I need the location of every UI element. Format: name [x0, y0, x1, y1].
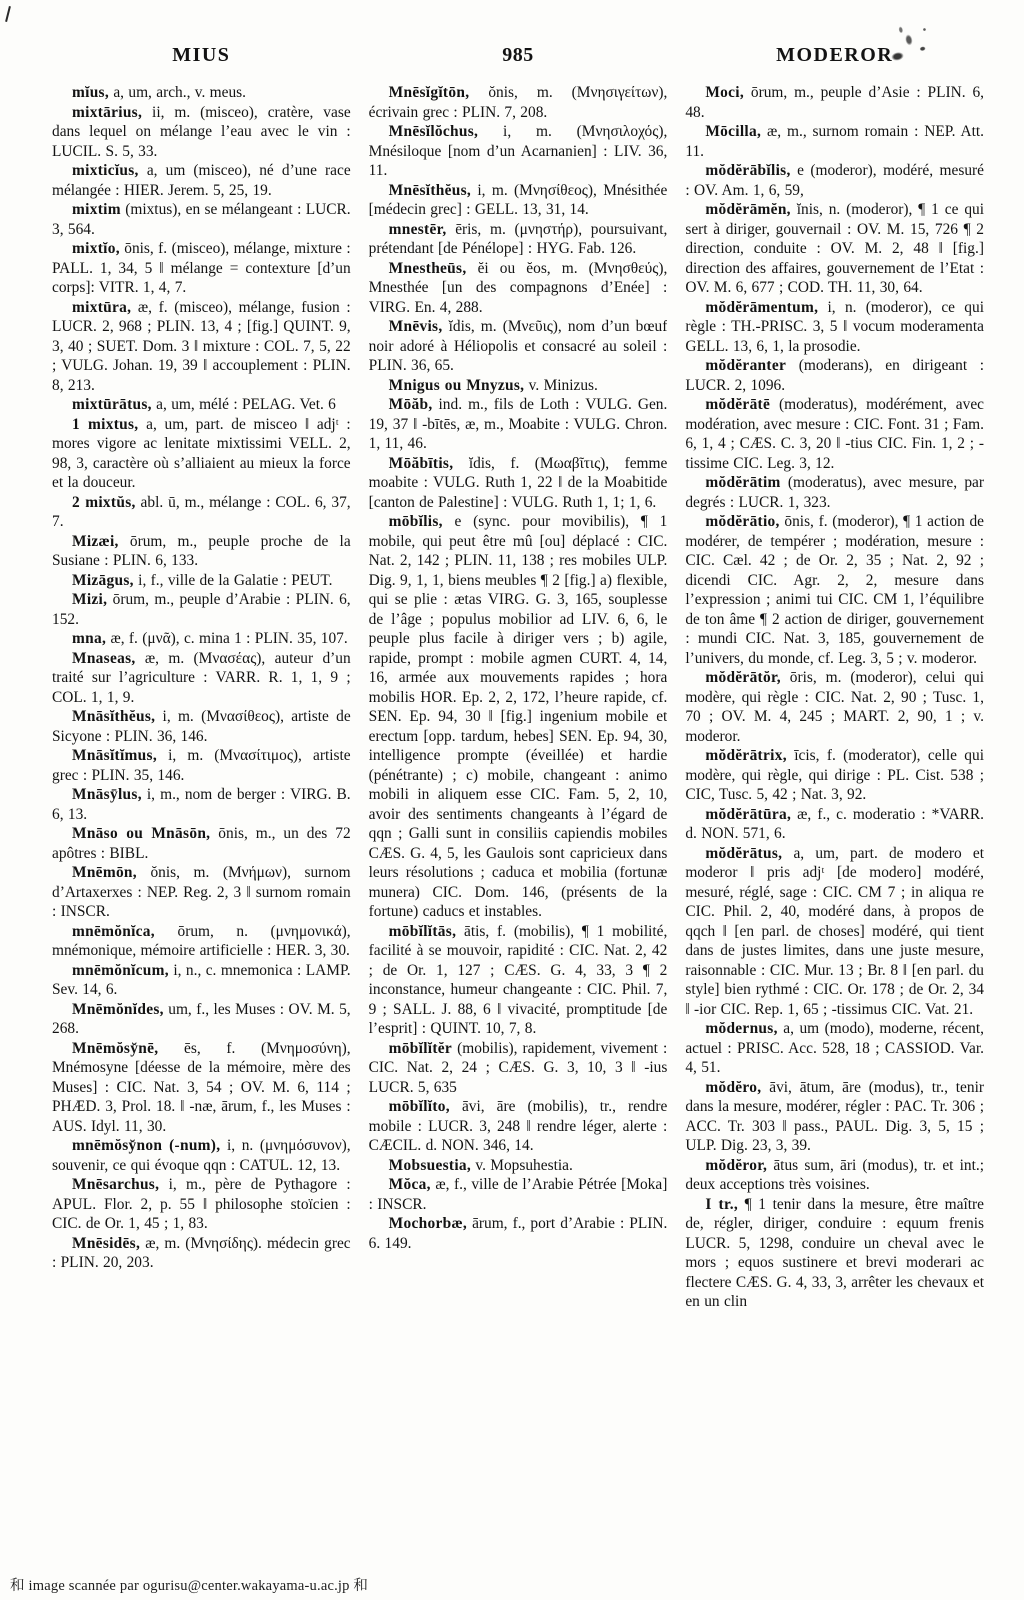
dictionary-entry: Mnāso ou Mnāsōn, ōnis, m., un des 72 apô…	[52, 824, 351, 863]
entry-headword: Mnaseas,	[72, 650, 136, 667]
running-head-right: MODEROR	[776, 44, 893, 66]
entry-headword: mixtim	[72, 201, 121, 218]
entry-headword: Mnēmōn,	[72, 864, 137, 881]
dictionary-entry: Mizæi, ōrum, m., peuple proche de la Sus…	[52, 532, 351, 571]
running-head-row: MIUS 985 MODEROR	[52, 44, 984, 67]
entry-headword: Mnāsĭtĭmus,	[72, 747, 157, 764]
entry-headword: mŏdĕrātrix,	[705, 747, 787, 764]
entry-headword: mŏdĕrābĭlis,	[705, 162, 790, 179]
entry-headword: mŏdĕrātus,	[705, 845, 782, 862]
entry-headword: Mnēvis,	[389, 318, 443, 335]
entry-body: i, f., ville de la Galatie : PEUT.	[134, 572, 333, 589]
dictionary-entry: Mnēsĭthĕus, i, m. (Μνησίθεος), Mnésithée…	[369, 181, 668, 220]
dictionary-entry: mixtūrātus, a, um, mélé : PELAG. Vet. 6	[52, 395, 351, 415]
dictionary-entry: Mōăb, ind. m., fils de Loth : VULG. Gen.…	[369, 395, 668, 454]
dictionary-entry: Mnestheūs, ĕi ou ĕos, m. (Μνησθεύς), Mne…	[369, 259, 668, 318]
text-columns: mĭus, a, um, arch., v. meus.mixtārius, i…	[52, 83, 984, 1535]
dictionary-entry: mixtĭo, ōnis, f. (misceo), mélange, mixt…	[52, 239, 351, 298]
dictionary-entry: mŏdĕrātim (moderatus), avec mesure, par …	[685, 473, 984, 512]
dictionary-entry: mnestēr, ēris, m. (μνηστήρ), poursuivant…	[369, 220, 668, 259]
dictionary-entry: mōbĭlĭtĕr (mobilis), rapidement, vivemen…	[369, 1039, 668, 1098]
running-head-left: MIUS	[52, 44, 351, 67]
entry-headword: Mnestheūs,	[389, 260, 467, 277]
entry-body: æ, f. (μνᾶ), c. mina 1 : PLIN. 35, 107.	[106, 630, 348, 647]
entry-headword: Mobsuestia,	[389, 1157, 471, 1174]
dictionary-entry: mixticĭus, a, um (misceo), né d’une race…	[52, 161, 351, 200]
dictionary-entry: mōbĭlis, e (sync. pour movibilis), ¶ 1 m…	[369, 512, 668, 922]
entry-body: v. Mopsuhestia.	[471, 1157, 573, 1174]
entry-headword: Mōăbītis,	[389, 455, 454, 472]
entry-headword: mixtūrātus,	[72, 396, 152, 413]
entry-headword: Moci,	[705, 84, 744, 101]
entry-headword: Mnēsidēs,	[72, 1235, 140, 1252]
entry-headword: mŏdĕrātūra,	[705, 806, 791, 823]
dictionary-entry: Mōăbītis, ĭdis, f. (Μωαβῖτις), femme moa…	[369, 454, 668, 513]
dictionary-entry: mixtārius, ii, m. (misceo), cratère, vas…	[52, 103, 351, 162]
dictionary-entry: mixtūra, æ, f. (misceo), mélange, fusion…	[52, 298, 351, 396]
dictionary-entry: Mobsuestia, v. Mopsuhestia.	[369, 1156, 668, 1176]
dictionary-entry: Mnaseas, æ, m. (Μνασέας), auteur d’un tr…	[52, 649, 351, 708]
entry-headword: mŏdĕrātio,	[705, 513, 779, 530]
dictionary-entry: mŏdĕrātē (moderatus), modérément, avec m…	[685, 395, 984, 473]
running-head-right-wrap: MODEROR	[685, 44, 984, 67]
dictionary-entry: mnēmŏsy̆non (-num), i, n. (μνημόσυνον), …	[52, 1136, 351, 1175]
entry-headword: Mōăb,	[389, 396, 433, 413]
dictionary-entry: Mŏca, æ, f., ville de l’Arabie Pétrée [M…	[369, 1175, 668, 1214]
entry-headword: mĭus,	[72, 84, 109, 101]
entry-headword: Mnēsarchus,	[72, 1176, 159, 1193]
text-column-left: mĭus, a, um, arch., v. meus.mixtārius, i…	[52, 83, 351, 1535]
entry-headword: mŏdĕror,	[705, 1157, 767, 1174]
entry-headword: Mnēmŏnĭdes,	[72, 1001, 164, 1018]
entry-headword: I tr.,	[705, 1196, 738, 1213]
dictionary-entry: Mnēmŏnĭdes, um, f., les Muses : OV. M. 5…	[52, 1000, 351, 1039]
dictionary-entry: Mnēmŏsy̆nē, ēs, f. (Μνημοσύνη), Mnémosyn…	[52, 1039, 351, 1137]
dictionary-entry: Mnēsĭgĭtōn, ŏnis, m. (Μνησιγείτων), écri…	[369, 83, 668, 122]
entry-body: a, um, part. de modero et moderor ‖ pris…	[685, 845, 984, 1018]
entry-headword: 2 mixtŭs,	[72, 494, 136, 511]
entry-headword: Mnēsĭgĭtōn,	[389, 84, 470, 101]
text-column-center: Mnēsĭgĭtōn, ŏnis, m. (Μνησιγείτων), écri…	[369, 83, 668, 1535]
entry-body: v. Minizus.	[524, 377, 598, 394]
entry-headword: mna,	[72, 630, 106, 647]
entry-headword: mŏdĕrāmentum,	[705, 299, 818, 316]
entry-headword: Mochorbæ,	[389, 1215, 467, 1232]
dictionary-entry: mŏdĕrāmentum, i, n. (moderor), ce qui rè…	[685, 298, 984, 357]
entry-headword: mnēmŏnĭcum,	[72, 962, 169, 979]
text-column-right: Moci, ōrum, m., peuple d’Asie : PLIN. 6,…	[685, 83, 984, 1535]
entry-headword: mixtĭo,	[72, 240, 120, 257]
dictionary-entry: mŏdĕrātŏr, ōris, m. (moderor), celui qui…	[685, 668, 984, 746]
dictionary-entry: mŏdĕrātus, a, um, part. de modero et mod…	[685, 844, 984, 1020]
dictionary-entry: Moci, ōrum, m., peuple d’Asie : PLIN. 6,…	[685, 83, 984, 122]
entry-headword: mnēmŏsy̆non (-num),	[72, 1137, 220, 1154]
entry-headword: Mnāsȳlus,	[72, 786, 142, 803]
scan-credit: 和 image scannée par ogurisu@center.wakay…	[10, 1574, 368, 1595]
dictionary-entry: mŏdĕro, āvi, ātum, āre (modus), tr., ten…	[685, 1078, 984, 1156]
entry-headword: mŏdĕrātim	[705, 474, 780, 491]
dictionary-entry: mna, æ, f. (μνᾶ), c. mina 1 : PLIN. 35, …	[52, 629, 351, 649]
entry-headword: Mŏca,	[389, 1176, 431, 1193]
entry-headword: Mnēsĭthĕus,	[389, 182, 471, 199]
dictionary-page: MIUS 985 MODEROR mĭus, a, um, arch., v. …	[0, 0, 1024, 1535]
entry-body: ōnis, f. (moderor), ¶ 1 action de modére…	[685, 513, 984, 667]
dictionary-entry: Mnāsȳlus, i, m., nom de berger : VIRG. B…	[52, 785, 351, 824]
dictionary-entry: Mochorbæ, ārum, f., port d’Arabie : PLIN…	[369, 1214, 668, 1253]
dictionary-entry: I tr., ¶ 1 tenir dans la mesure, être ma…	[685, 1195, 984, 1312]
dictionary-entry: Mizi, ōrum, m., peuple d’Arabie : PLIN. …	[52, 590, 351, 629]
entry-headword: Mōcilla,	[705, 123, 761, 140]
dictionary-entry: Mnāsĭtĭmus, i, m. (Μνασίτιμος), artiste …	[52, 746, 351, 785]
dictionary-entry: Mnēsĭlŏchus, i, m. (Μνησιλοχός), Mnésilo…	[369, 122, 668, 181]
entry-headword: mŏdĕrātē	[705, 396, 770, 413]
entry-headword: mnēmŏnĭca,	[72, 923, 155, 940]
dictionary-entry: mŏdĕror, ātus sum, āri (modus), tr. et i…	[685, 1156, 984, 1195]
entry-headword: mōbĭlĭtās,	[389, 923, 457, 940]
entry-headword: mŏdĕranter	[705, 357, 786, 374]
entry-headword: mōbĭlis,	[389, 513, 443, 530]
entry-headword: mōbĭlĭtĕr	[389, 1040, 452, 1057]
dictionary-entry: Mnēmōn, ŏnis, m. (Μνήμων), surnom d’Arta…	[52, 863, 351, 922]
entry-headword: Mizāgus,	[72, 572, 134, 589]
dictionary-entry: Mnēsidēs, æ, m. (Μνησίδης). médecin grec…	[52, 1234, 351, 1273]
dictionary-entry: Mnigus ou Mnyzus, v. Minizus.	[369, 376, 668, 396]
page-number: 985	[369, 44, 668, 67]
dictionary-entry: mnēmŏnĭca, ōrum, n. (μνημονικά), mnémoni…	[52, 922, 351, 961]
entry-headword: Mnāso ou Mnāsōn,	[72, 825, 210, 842]
entry-headword: mixtūra,	[72, 299, 131, 316]
entry-headword: Mnigus ou Mnyzus,	[389, 377, 525, 394]
entry-headword: mnestēr,	[389, 221, 447, 238]
entry-headword: mixticĭus,	[72, 162, 139, 179]
dictionary-entry: mŏdernus, a, um (modo), moderne, récent,…	[685, 1019, 984, 1078]
dictionary-entry: mŏdĕrābĭlis, e (moderor), modéré, mesuré…	[685, 161, 984, 200]
dictionary-entry: 1 mixtus, a, um, part. de misceo ‖ adjᵗ …	[52, 415, 351, 493]
dictionary-entry: mĭus, a, um, arch., v. meus.	[52, 83, 351, 103]
dictionary-entry: 2 mixtŭs, abl. ū, m., mélange : COL. 6, …	[52, 493, 351, 532]
entry-body: a, um, arch., v. meus.	[109, 84, 246, 101]
entry-headword: Mnāsĭthĕus,	[72, 708, 155, 725]
entry-headword: Mnēsĭlŏchus,	[389, 123, 479, 140]
dictionary-entry: Mnāsĭthĕus, i, m. (Μνασίθεος), artiste d…	[52, 707, 351, 746]
entry-body: e (sync. pour movibilis), ¶ 1 mobile, qu…	[369, 513, 668, 920]
entry-headword: Mnēmŏsy̆nē,	[72, 1040, 158, 1057]
entry-headword: mŏdĕrāmĕn,	[705, 201, 791, 218]
dictionary-entry: Mōcilla, æ, m., surnom romain : NEP. Att…	[685, 122, 984, 161]
entry-headword: mōbĭlĭto,	[389, 1098, 450, 1115]
dictionary-entry: mŏdĕrātūra, æ, f., c. moderatio : *VARR.…	[685, 805, 984, 844]
dictionary-entry: Mnēsarchus, i, m., père de Pythagore : A…	[52, 1175, 351, 1234]
dictionary-entry: Mnēvis, ĭdis, m. (Μνεῦις), nom d’un bœuf…	[369, 317, 668, 376]
dictionary-entry: mōbĭlĭto, āvi, āre (mobilis), tr., rendr…	[369, 1097, 668, 1156]
dictionary-entry: mŏdĕrāmĕn, ĭnis, n. (moderor), ¶ 1 ce qu…	[685, 200, 984, 298]
dictionary-entry: mŏdĕranter (moderans), en dirigeant : LU…	[685, 356, 984, 395]
dictionary-entry: Mizāgus, i, f., ville de la Galatie : PE…	[52, 571, 351, 591]
entry-headword: Mizæi,	[72, 533, 119, 550]
dictionary-entry: mŏdĕrātio, ōnis, f. (moderor), ¶ 1 actio…	[685, 512, 984, 668]
entry-body: a, um, mélé : PELAG. Vet. 6	[152, 396, 336, 413]
entry-headword: mŏdĕrātŏr,	[705, 669, 781, 686]
entry-headword: 1 mixtus,	[72, 416, 138, 433]
dictionary-entry: mōbĭlĭtās, ātis, f. (mobilis), ¶ 1 mobil…	[369, 922, 668, 1039]
dictionary-entry: mŏdĕrātrix, īcis, f. (moderator), celle …	[685, 746, 984, 805]
dictionary-entry: mixtim (mixtus), en se mélangeant : LUCR…	[52, 200, 351, 239]
entry-headword: mŏdernus,	[705, 1020, 777, 1037]
entry-headword: Mizi,	[72, 591, 107, 608]
entry-headword: mŏdĕro,	[705, 1079, 761, 1096]
dictionary-entry: mnēmŏnĭcum, i, n., c. mnemonica : LAMP. …	[52, 961, 351, 1000]
entry-headword: mixtārius,	[72, 104, 142, 121]
